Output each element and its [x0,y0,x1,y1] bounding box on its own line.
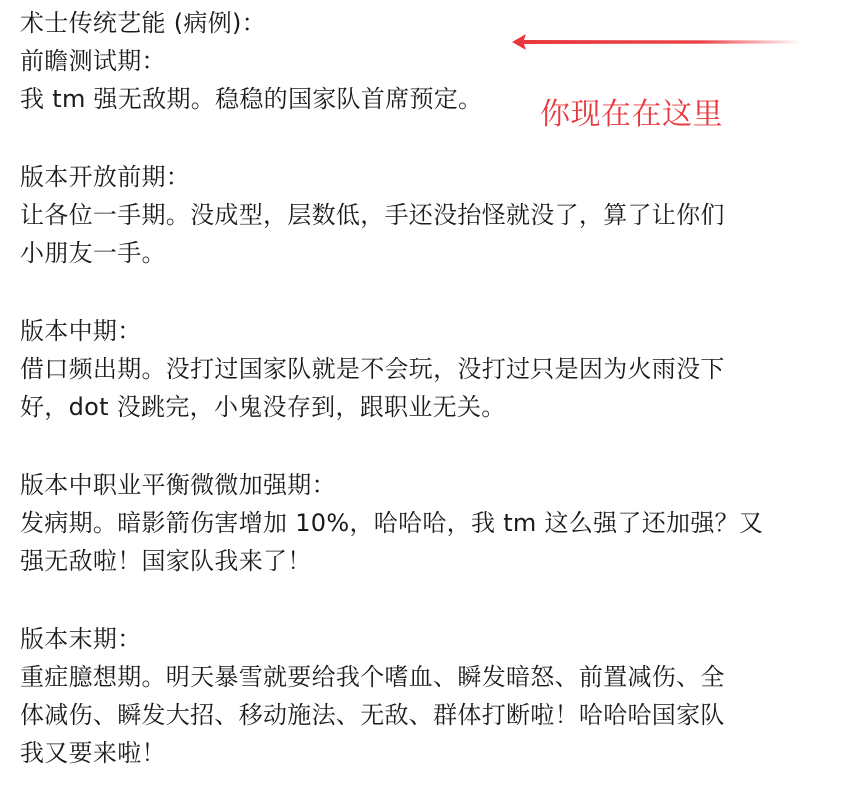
section-heading: 版本中职业平衡微微加强期： [20,466,850,504]
section-line: 重症臆想期。明天暴雪就要给我个嗜血、瞬发暗怒、前置减伤、全 [20,658,850,696]
spacer [20,272,850,312]
section-pre-launch: 版本开放前期： 让各位一手期。没成型，层数低，手还没抬怪就没了，算了让你们 小朋… [20,158,850,272]
section-line: 我 tm 强无敌期。稳稳的国家队首席预定。 [20,80,850,118]
section-late: 版本末期： 重症臆想期。明天暴雪就要给我个嗜血、瞬发暗怒、前置减伤、全 体减伤、… [20,620,850,772]
section-line: 发病期。暗影箭伤害增加 10%，哈哈哈，我 tm 这么强了还加强？又 [20,504,850,542]
section-heading: 版本中期： [20,312,850,350]
spacer [20,580,850,620]
you-are-here-label: 你现在在这里 [540,96,723,134]
section-line: 好，dot 没跳完，小鬼没存到，跟职业无关。 [20,388,850,426]
section-preview: 前瞻测试期： 我 tm 强无敌期。稳稳的国家队首席预定。 [20,42,850,118]
section-heading: 版本开放前期： [20,158,850,196]
section-mid: 版本中期： 借口频出期。没打过国家队就是不会玩，没打过只是因为火雨没下 好，do… [20,312,850,426]
section-line: 借口频出期。没打过国家队就是不会玩，没打过只是因为火雨没下 [20,350,850,388]
section-line: 小朋友一手。 [20,234,850,272]
spacer [20,118,850,158]
spacer [20,426,850,466]
section-line: 强无敌啦！国家队我来了！ [20,542,850,580]
left-arrow-icon [512,34,802,50]
section-heading: 版本末期： [20,620,850,658]
section-line: 让各位一手期。没成型，层数低，手还没抬怪就没了，算了让你们 [20,196,850,234]
section-buff: 版本中职业平衡微微加强期： 发病期。暗影箭伤害增加 10%，哈哈哈，我 tm 这… [20,466,850,580]
document-body: 术士传统艺能 (病例)： 前瞻测试期： 我 tm 强无敌期。稳稳的国家队首席预定… [20,4,850,772]
section-line: 我又要来啦！ [20,734,850,772]
section-line: 体减伤、瞬发大招、移动施法、无敌、群体打断啦！哈哈哈国家队 [20,696,850,734]
